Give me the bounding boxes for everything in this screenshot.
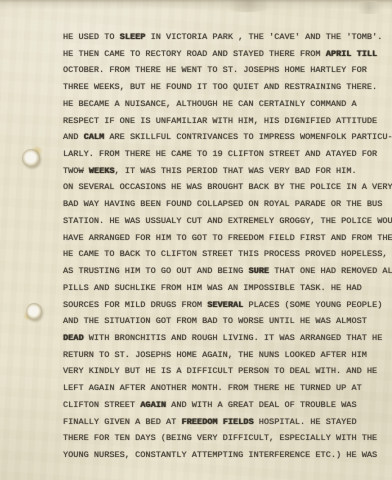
- text-line: PILLS AND SUCHLIKE FROM HIM WAS AN IMPOS…: [63, 280, 392, 297]
- text-line: HE USED TO SLEEP IN VICTORIA PARK , THE …: [63, 29, 392, 46]
- text-line: HE BECAME A NUISANCE, ALTHOUGH HE CAN CE…: [63, 96, 392, 113]
- text-line: SOURCES FOR MILD DRUGS FROM SEVERAL PLAC…: [63, 297, 392, 314]
- text-line: STATION. HE WAS USSUALY CUT AND EXTREMEL…: [63, 213, 392, 230]
- overstruck-bold-text: APRIL TILL: [326, 49, 378, 59]
- paper-smudge: [352, 2, 386, 14]
- text-segment: HE THEN CAME TO RECTORY ROAD AND STAYED …: [63, 49, 326, 59]
- text-segment: YOUNG NURSES, CONSTANTLY ATTEMPTING INTE…: [63, 450, 377, 460]
- text-line: YOUNG NURSES, CONSTANTLY ATTEMPTING INTE…: [63, 447, 392, 464]
- text-segment: THERE FOR TEN DAYS (BEING VERY DIFFICULT…: [63, 433, 377, 443]
- text-segment: THAT ONE HAD REMOVED ALL: [269, 266, 392, 276]
- overstruck-bold-text: DEAD: [63, 333, 84, 343]
- text-line: LEFT AGAIN AFTER ANOTHER MONTH. FROM THE…: [63, 380, 392, 397]
- scanned-document-page: HE USED TO SLEEP IN VICTORIA PARK , THE …: [0, 0, 392, 480]
- punch-hole-ring: [26, 303, 42, 320]
- text-line: AND CALM ARE SKILLFUL CONTRIVANCES TO IM…: [63, 129, 392, 146]
- text-segment: PILLS AND SUCHLIKE FROM HIM WAS AN IMPOS…: [63, 283, 362, 293]
- typewritten-text-block: HE USED TO SLEEP IN VICTORIA PARK , THE …: [63, 29, 392, 464]
- text-segment: AND THE SITUATION GOT FROM BAD TO WORSE …: [63, 316, 367, 326]
- overstruck-bold-text: FREEDOM FIELDS: [181, 417, 253, 427]
- punch-hole-bottom: [26, 303, 42, 320]
- text-segment: LARLY. FROM THERE HE CAME TO 19 CLIFTON …: [63, 149, 377, 159]
- text-line: CLIFTON STREET AGAIN AND WITH A GREAT DE…: [63, 397, 392, 414]
- text-segment: ARE SKILLFUL CONTRIVANCES TO IMPRESS WOM…: [104, 132, 392, 142]
- punch-hole-ring: [22, 149, 40, 167]
- paper-top-edge-shadow: [0, 0, 392, 12]
- text-line: FINALLY GIVEN A BED AT FREEDOM FIELDS HO…: [63, 414, 392, 431]
- text-segment: RETURN TO ST. JOSEPHS HOME AGAIN, THE NU…: [63, 350, 367, 360]
- text-segment: OCTOBER. FROM THERE HE WENT TO ST. JOSEP…: [63, 65, 367, 75]
- overstruck-bold-text: SEVERAL: [207, 300, 243, 310]
- text-line: HAVE ARRANGED FOR HIM TO GOT TO FREEDOM …: [63, 230, 392, 247]
- text-line: AS TRUSTING HIM TO GO OUT AND BEING SURE…: [63, 263, 392, 280]
- overstruck-bold-text: SURE: [248, 266, 269, 276]
- text-segment: BAD WAY HAVING BEEN FOUND COLLAPSED ON R…: [63, 199, 382, 209]
- overstruck-bold-text: CALM: [84, 132, 105, 142]
- text-segment: THREE WEEKS, BUT HE FOUND IT TOO QUIET A…: [63, 82, 377, 92]
- text-segment: AND: [63, 132, 84, 142]
- text-line: THERE FOR TEN DAYS (BEING VERY DIFFICULT…: [63, 430, 392, 447]
- text-line: BAD WAY HAVING BEEN FOUND COLLAPSED ON R…: [63, 196, 392, 213]
- text-segment: VERY KINDLY BUT HE IS A DIFFICULT PERSON…: [63, 366, 377, 376]
- text-line: LARLY. FROM THERE HE CAME TO 19 CLIFTON …: [63, 146, 392, 163]
- overstruck-bold-text: SLEEP: [120, 32, 146, 42]
- text-line: THREE WEEKS, BUT HE FOUND IT TOO QUIET A…: [63, 79, 392, 96]
- text-segment: HE USED TO: [63, 32, 120, 42]
- text-segment: RESPECT IF ONE IS UNFAMILIAR WITH HIM, H…: [63, 116, 377, 126]
- text-segment: HE CAME TO BACK TO CLIFTON STREET THIS P…: [63, 249, 388, 259]
- text-segment: HAVE ARRANGED FOR HIM TO GOT TO FREEDOM …: [63, 233, 392, 243]
- text-segment: HE BECAME A NUISANCE, ALTHOUGH HE CAN CE…: [63, 99, 357, 109]
- text-segment: AS TRUSTING HIM TO GO OUT AND BEING: [63, 266, 248, 276]
- text-line: RESPECT IF ONE IS UNFAMILIAR WITH HIM, H…: [63, 113, 392, 130]
- text-segment: SOURCES FOR MILD DRUGS FROM: [63, 300, 207, 310]
- punch-hole-top: [22, 149, 40, 167]
- text-line: RETURN TO ST. JOSEPHS HOME AGAIN, THE NU…: [63, 347, 392, 364]
- text-segment: AND WITH A GREAT DEAL OF TROUBLE WAS: [166, 400, 357, 410]
- text-segment: TWO: [63, 166, 78, 176]
- text-line: VERY KINDLY BUT HE IS A DIFFICULT PERSON…: [63, 363, 392, 380]
- text-segment: WITH BRONCHITIS AND ROUGH LIVING. IT WAS…: [84, 333, 383, 343]
- text-line: ON SEVERAL OCCASIONS HE WAS BROUGHT BACK…: [63, 179, 392, 196]
- text-line: AND THE SITUATION GOT FROM BAD TO WORSE …: [63, 313, 392, 330]
- text-segment: IN VICTORIA PARK , THE 'CAVE' AND THE 'T…: [145, 32, 382, 42]
- text-line: HE THEN CAME TO RECTORY ROAD AND STAYED …: [63, 46, 392, 63]
- text-line: DEAD WITH BRONCHITIS AND ROUGH LIVING. I…: [63, 330, 392, 347]
- text-line: OCTOBER. FROM THERE HE WENT TO ST. JOSEP…: [63, 62, 392, 79]
- text-segment: PLACES (SOME YOUNG PEOPLE): [243, 300, 382, 310]
- overstruck-bold-text: AGAIN: [140, 400, 166, 410]
- text-segment: LEFT AGAIN AFTER ANOTHER MONTH. FROM THE…: [63, 383, 362, 393]
- text-line: HE CAME TO BACK TO CLIFTON STREET THIS P…: [63, 246, 392, 263]
- text-segment: CLIFTON STREET: [63, 400, 140, 410]
- text-segment: HOSPITAL. HE STAYED: [254, 417, 357, 427]
- text-line: TWOW WEEKS, IT WAS THIS PERIOD THAT WAS …: [63, 163, 392, 180]
- overstruck-bold-text: WEEKS: [89, 166, 115, 176]
- text-segment: ON SEVERAL OCCASIONS HE WAS BROUGHT BACK…: [63, 182, 392, 192]
- text-segment: STATION. HE WAS USSUALY CUT AND EXTREMEL…: [63, 216, 392, 226]
- text-segment: FINALLY GIVEN A BED AT: [63, 417, 181, 427]
- text-segment: , IT WAS THIS PERIOD THAT WAS VERY BAD F…: [115, 166, 357, 176]
